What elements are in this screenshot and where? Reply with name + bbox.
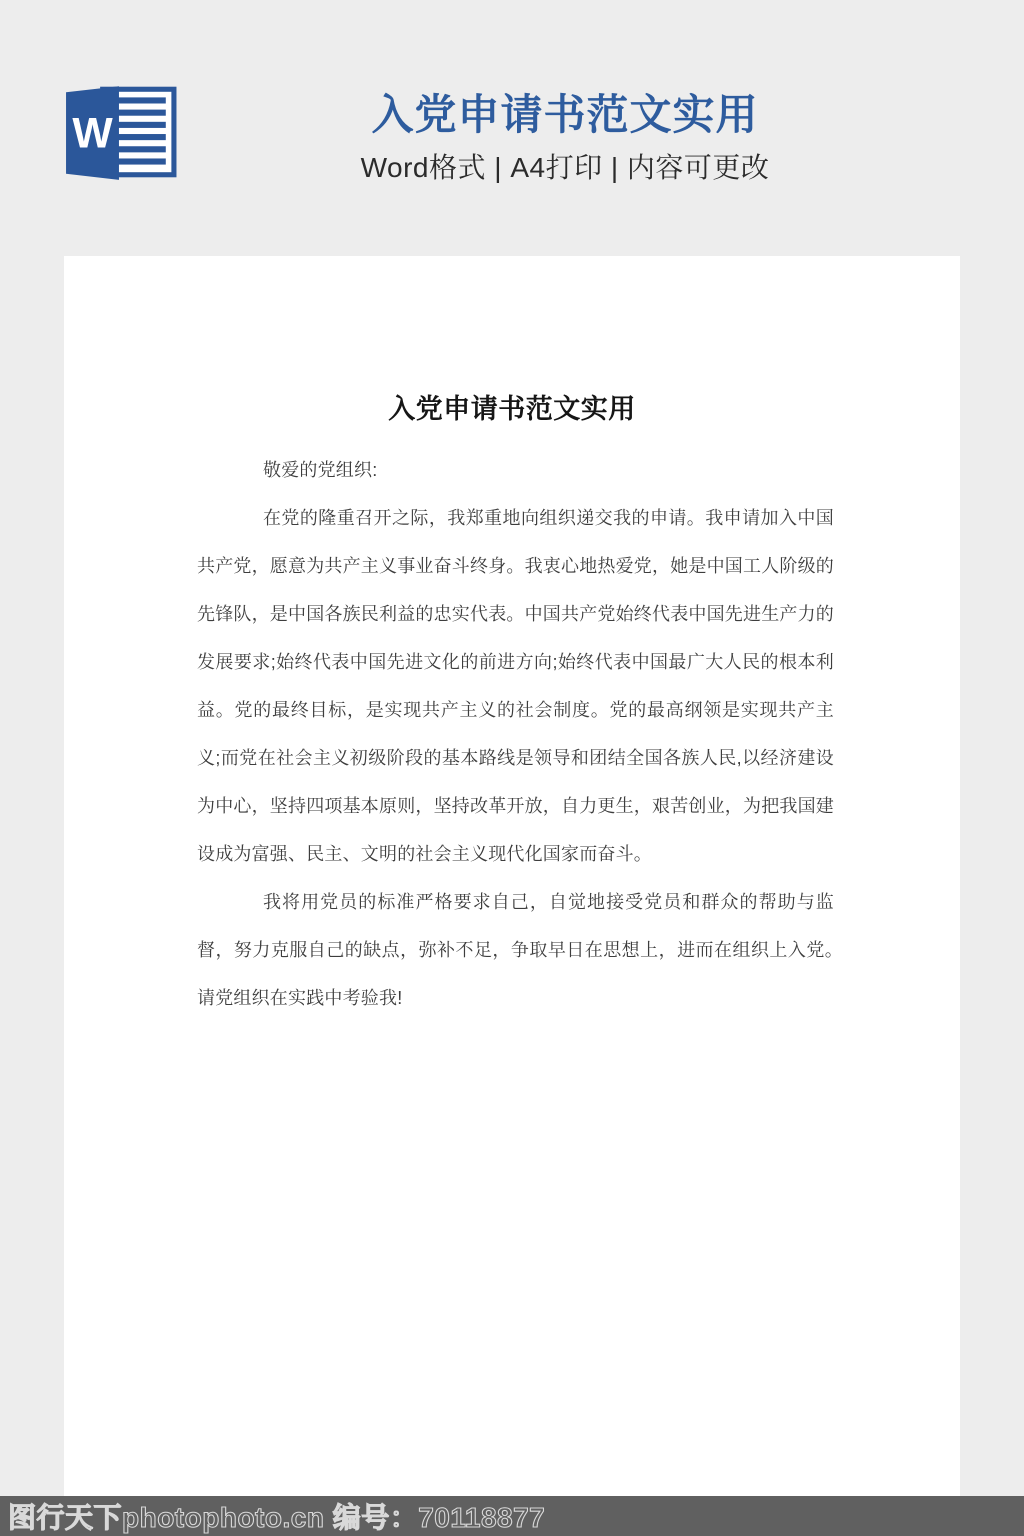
document-paragraph: 敬爱的党组织: [197, 446, 834, 494]
watermark-text: 图行天下photophoto.cn 编号：70118877 [8, 1496, 545, 1536]
watermark-bar: 图行天下photophoto.cn 编号：70118877 [0, 1496, 1024, 1536]
document-body: 敬爱的党组织:在党的隆重召开之际，我郑重地向组织递交我的申请。我申请加入中国共产… [64, 446, 960, 1022]
document-page: 入党申请书范文实用 敬爱的党组织:在党的隆重召开之际，我郑重地向组织递交我的申请… [64, 256, 960, 1536]
document-title: 入党申请书范文实用 [64, 256, 960, 429]
document-paragraph: 在党的隆重召开之际，我郑重地向组织递交我的申请。我申请加入中国共产党，愿意为共产… [197, 494, 834, 878]
preview-canvas: { "header": { "title": "入党申请书范文实用", "sub… [0, 0, 1024, 1536]
template-title: 入党申请书范文实用 [300, 90, 830, 140]
word-logo-icon: W [64, 83, 178, 181]
document-paragraph: 我将用党员的标准严格要求自己，自觉地接受党员和群众的帮助与监督，努力克服自己的缺… [197, 878, 834, 1022]
header: W 入党申请书范文实用 Word格式 | A4打印 | 内容可更改 [0, 0, 1024, 256]
header-text-block: 入党申请书范文实用 Word格式 | A4打印 | 内容可更改 [300, 90, 830, 184]
word-logo-letter: W [72, 109, 113, 157]
template-subtitle: Word格式 | A4打印 | 内容可更改 [300, 152, 830, 184]
